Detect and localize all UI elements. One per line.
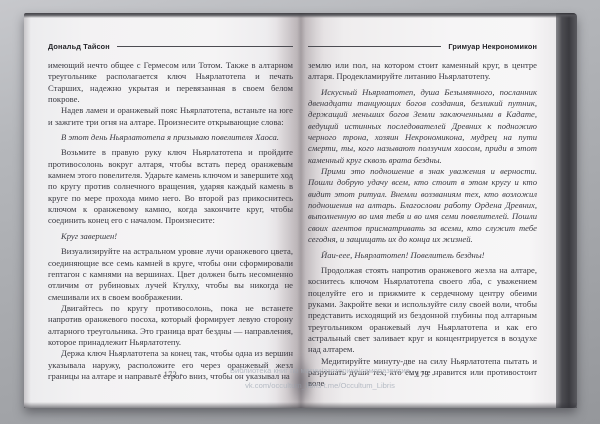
right-header-label: Гримуар Некрономикон [448, 42, 537, 51]
watermark-line2: vk.com/occultum_libris t.me/Occultum_Lib… [183, 379, 457, 394]
litany-paragraph: Искусный Ньярлатотеп, душа Безымянного, … [308, 87, 537, 166]
litany-exclamation-line: Йаи-еее, Ньярлатотеп! Повелитель бездны! [308, 250, 537, 261]
header-rule [308, 46, 441, 47]
paragraph: Двигайтесь по кругу противосолонь, пока … [48, 303, 293, 348]
open-book: Дональд Тайсон имеющий нечто общее с Гер… [24, 13, 577, 408]
book-cover-edge [556, 13, 577, 408]
spine-shadow-smudge [288, 356, 314, 408]
litany-paragraph: Прими это подношение в знак уважения и в… [308, 166, 537, 245]
right-running-header: Гримуар Некрономикон [308, 42, 537, 51]
ritual-invocation-line: В этот день Ньярлатотепа я призываю пове… [48, 132, 293, 143]
left-header-label: Дональд Тайсон [48, 42, 110, 51]
left-page: Дональд Тайсон имеющий нечто общее с Гер… [48, 42, 293, 382]
photo-background: Дональд Тайсон имеющий нечто общее с Гер… [0, 0, 600, 424]
ritual-declaration-line: Круг завершен! [48, 231, 293, 242]
header-rule [117, 46, 293, 47]
watermark-line1: Библиотека книг по магии/эзотерике/самор… [183, 364, 457, 379]
paragraph: Визуализируйте на астральном уровне лучи… [48, 246, 293, 303]
paragraph: Надев ламен и оранжевый пояс Ньярлатотеп… [48, 105, 293, 128]
library-watermark: Библиотека книг по магии/эзотерике/самор… [183, 364, 457, 393]
paragraph: Продолжая стоять напротив оранжевого жез… [308, 265, 537, 356]
left-running-header: Дональд Тайсон [48, 42, 293, 51]
paragraph: Возьмите в правую руку ключ Ньярлатотепа… [48, 147, 293, 226]
paragraph: землю или пол, на котором стоит каменный… [308, 60, 537, 83]
right-page: Гримуар Некрономикон землю или пол, на к… [308, 42, 537, 390]
paragraph: имеющий нечто общее с Гермесом или Тотом… [48, 60, 293, 105]
book-top-edge [24, 13, 577, 18]
